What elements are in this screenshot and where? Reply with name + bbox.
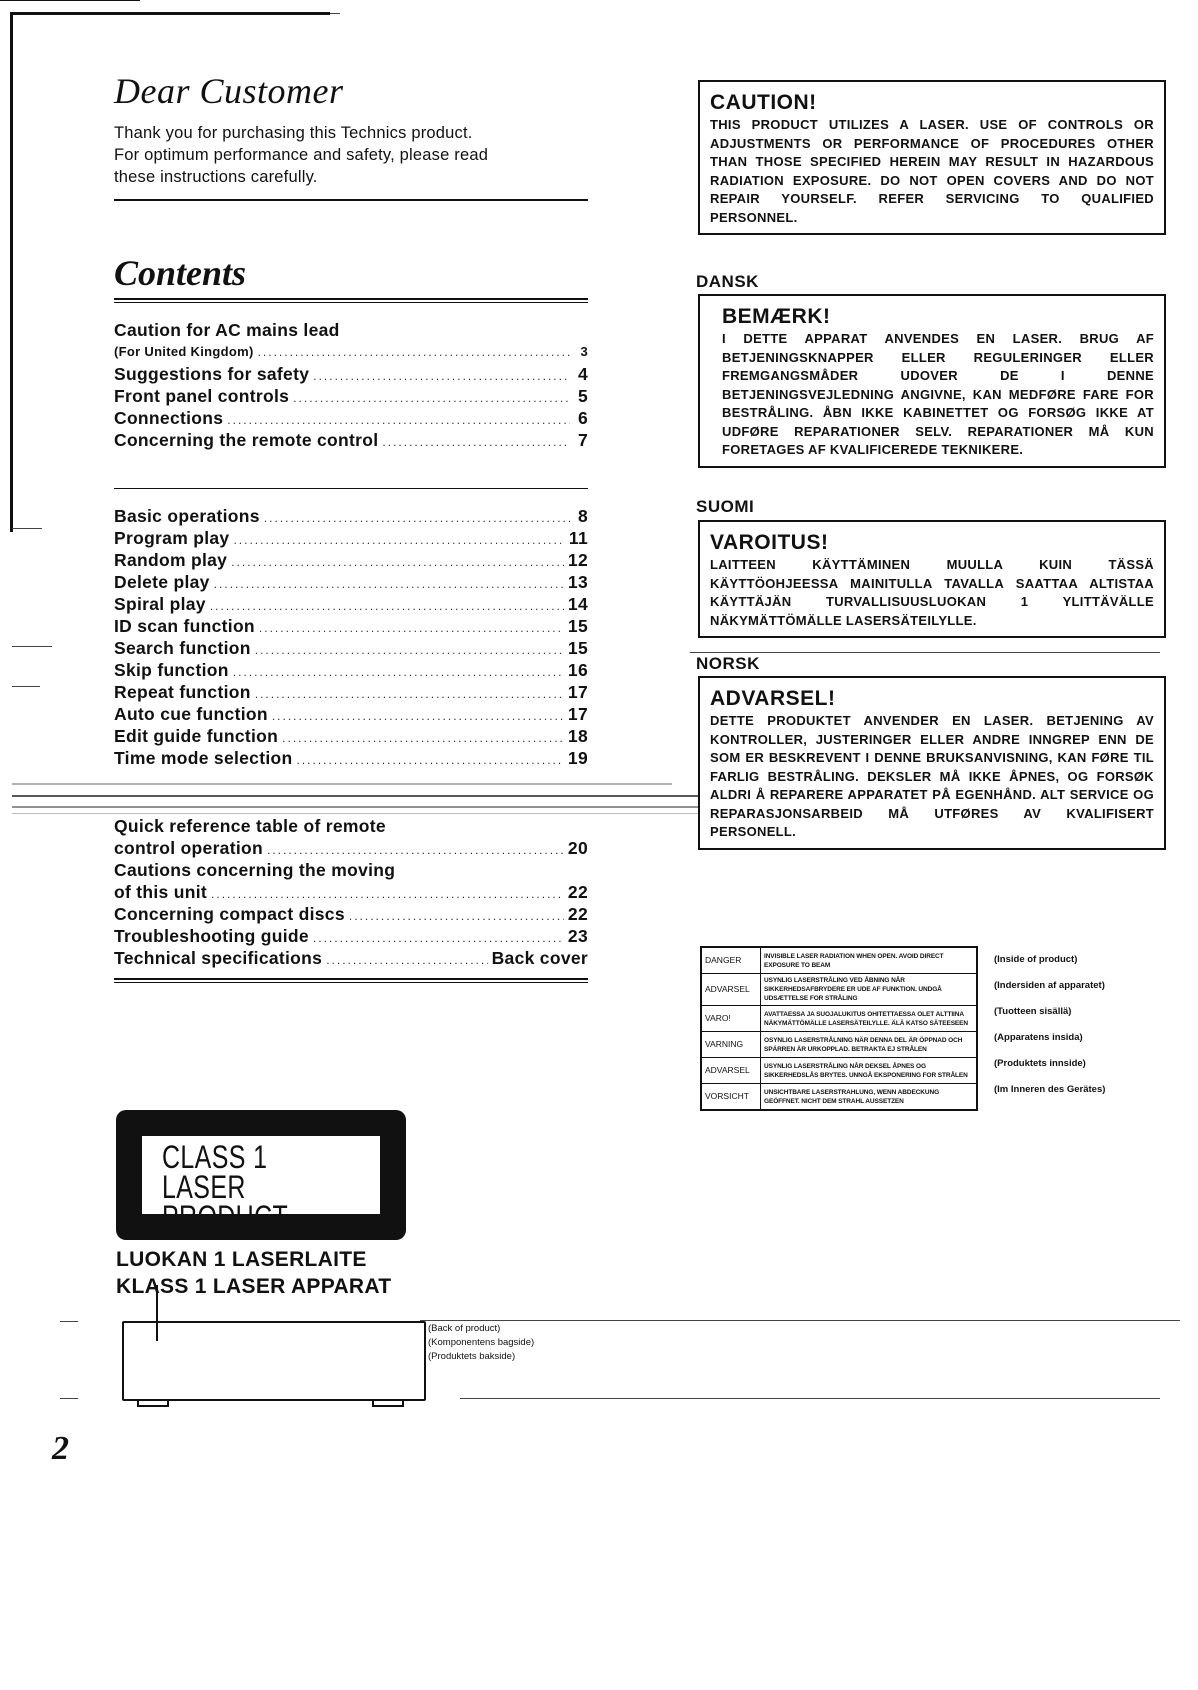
dansk-warning-box: BEMÆRK! I DETTE APPARAT ANVENDES EN LASE… xyxy=(698,294,1166,468)
toc-leader-dots xyxy=(313,365,570,387)
toc-leader-dots xyxy=(231,551,564,573)
scan-artefact xyxy=(460,1398,1160,1399)
toc-entry[interactable]: Basic operations8 xyxy=(114,505,588,527)
scan-dash xyxy=(330,13,340,14)
label-row: VORSICHTUNSICHTBARE LASERSTRAHLUNG, WENN… xyxy=(701,1084,977,1111)
intro-line: these instructions carefully. xyxy=(114,166,594,188)
scan-edge-line xyxy=(0,0,140,1)
toc-entry-label: Repeat function xyxy=(114,681,251,703)
language-label-dansk: DANSK xyxy=(696,272,759,292)
toc-entry-page: 8 xyxy=(574,505,588,527)
toc-entry-page: 22 xyxy=(568,903,588,925)
scan-artefact xyxy=(12,813,712,814)
toc-entry[interactable]: Suggestions for safety4 xyxy=(114,363,588,385)
toc-entry-label: Edit guide function xyxy=(114,725,278,747)
product-foot-left xyxy=(137,1399,169,1407)
toc-entry-page: 7 xyxy=(574,429,588,451)
toc-entry[interactable]: Auto cue function17 xyxy=(114,703,588,725)
intro-line: For optimum performance and safety, plea… xyxy=(114,144,594,166)
toc-leader-dots xyxy=(297,749,564,771)
toc-entry-label: control operation xyxy=(114,837,263,859)
caution-body: THIS PRODUCT UTILIZES A LASER. USE OF CO… xyxy=(710,116,1154,227)
language-label-suomi: SUOMI xyxy=(696,497,754,517)
toc-entry[interactable]: Concerning compact discs22 xyxy=(114,903,588,925)
toc-leader-dots xyxy=(255,639,564,661)
toc-entry-page: 19 xyxy=(568,747,588,769)
toc-leader-dots xyxy=(264,507,570,529)
toc-entry-page: 23 xyxy=(568,925,588,947)
label-pointer-line xyxy=(156,1285,158,1341)
divider xyxy=(114,488,588,489)
toc-leader-dots xyxy=(214,573,564,595)
toc-leader-dots xyxy=(313,927,564,949)
toc-entry-label: Concerning the remote control xyxy=(114,429,378,451)
toc-entry[interactable]: ID scan function15 xyxy=(114,615,588,637)
product-back-outline xyxy=(122,1321,426,1401)
toc-entry[interactable]: Connections6 xyxy=(114,407,588,429)
inside-label-table: DANGERINVISIBLE LASER RADIATION WHEN OPE… xyxy=(700,946,978,1111)
toc-entry-page: 17 xyxy=(568,681,588,703)
suomi-warning-body: LAITTEEN KÄYTTÄMINEN MUULLA KUIN TÄSSÄ K… xyxy=(710,556,1154,630)
toc-leader-dots xyxy=(210,595,564,617)
toc-entry-page: 13 xyxy=(568,571,588,593)
toc-entry-page: 5 xyxy=(574,385,588,407)
suomi-warning-title: VAROITUS! xyxy=(710,530,1154,556)
dear-customer-title: Dear Customer xyxy=(114,70,344,112)
toc-leader-dots xyxy=(233,529,564,551)
label-warning-word: VARNING xyxy=(701,1032,761,1058)
page-number: 2 xyxy=(52,1430,69,1468)
toc-entry-page: 16 xyxy=(568,659,588,681)
toc-entry[interactable]: Search function15 xyxy=(114,637,588,659)
label-caption: (Apparatens insida) xyxy=(994,1032,1105,1058)
label-warning-text: AVATTAESSA JA SUOJALUKITUS OHITETTAESSA … xyxy=(761,1006,978,1032)
toc-entry[interactable]: Cautions concerning the moving xyxy=(114,859,588,881)
laser-badge-line1: CLASS 1 xyxy=(162,1142,332,1172)
dansk-warning-body: I DETTE APPARAT ANVENDES EN LASER. BRUG … xyxy=(722,330,1154,460)
caption-danish: (Komponentens bagside) xyxy=(428,1336,534,1350)
toc-entry-page: 22 xyxy=(568,881,588,903)
caption-norwegian: (Produktets bakside) xyxy=(428,1350,534,1364)
toc-group-2: Basic operations8Program play11Random pl… xyxy=(114,505,588,769)
norsk-warning-body: DETTE PRODUKTET ANVENDER EN LASER. BETJE… xyxy=(710,712,1154,842)
toc-leader-dots xyxy=(233,661,564,683)
toc-group-1: Caution for AC mains lead(For United Kin… xyxy=(114,319,588,451)
divider xyxy=(114,199,588,201)
toc-entry-label: Front panel controls xyxy=(114,385,289,407)
label-row: VARNINGOSYNLIG LASERSTRÅLNING NÄR DENNA … xyxy=(701,1032,977,1058)
caption-english: (Back of product) xyxy=(428,1322,534,1336)
toc-leader-dots xyxy=(293,387,570,409)
toc-leader-dots xyxy=(272,705,564,727)
toc-entry[interactable]: Time mode selection19 xyxy=(114,747,588,769)
suomi-warning-box: VAROITUS! LAITTEEN KÄYTTÄMINEN MUULLA KU… xyxy=(698,520,1166,638)
label-row: ADVARSELUSYNLIG LASERSTRÅLING NÅR DEKSEL… xyxy=(701,1058,977,1084)
label-warning-word: ADVARSEL xyxy=(701,974,761,1006)
toc-entry-page: Back cover xyxy=(492,947,588,969)
toc-entry[interactable]: of this unit22 xyxy=(114,881,588,903)
toc-entry[interactable]: Delete play13 xyxy=(114,571,588,593)
toc-entry-page: 12 xyxy=(568,549,588,571)
toc-entry-label: Auto cue function xyxy=(114,703,268,725)
toc-entry-page: 6 xyxy=(574,407,588,429)
contents-title: Contents xyxy=(114,252,246,294)
label-warning-word: DANGER xyxy=(701,947,761,974)
inside-label-captions: (Inside of product)(Indersiden af appara… xyxy=(994,954,1105,1110)
scan-frame-top xyxy=(10,12,330,15)
toc-leader-dots xyxy=(349,905,564,927)
label-warning-word: VARO! xyxy=(701,1006,761,1032)
intro-line: Thank you for purchasing this Technics p… xyxy=(114,122,594,144)
toc-entry-label: Random play xyxy=(114,549,227,571)
toc-entry-label: Skip function xyxy=(114,659,229,681)
contents-double-rule xyxy=(114,298,588,303)
scan-artefact xyxy=(60,1321,78,1322)
caution-title: CAUTION! xyxy=(710,90,1154,116)
toc-entry-label: Program play xyxy=(114,527,229,549)
label-row: ADVARSELUSYNLIG LASERSTRÅLING VED ÅBNING… xyxy=(701,974,977,1006)
laser-class-finnish: LUOKAN 1 LASERLAITE xyxy=(116,1246,391,1273)
toc-entry[interactable]: Troubleshooting guide23 xyxy=(114,925,588,947)
label-warning-text: USYNLIG LASERSTRÅLING NÅR DEKSEL ÅPNES O… xyxy=(761,1058,978,1084)
toc-entry[interactable]: control operation20 xyxy=(114,837,588,859)
scan-frame-left xyxy=(10,12,13,532)
toc-entry-label: ID scan function xyxy=(114,615,255,637)
toc-entry-label: (For United Kingdom) xyxy=(114,341,254,363)
toc-entry[interactable]: Edit guide function18 xyxy=(114,725,588,747)
label-warning-word: ADVARSEL xyxy=(701,1058,761,1084)
toc-entry-label: Cautions concerning the moving xyxy=(114,859,395,881)
toc-entry-label: Basic operations xyxy=(114,505,260,527)
toc-entry-label: of this unit xyxy=(114,881,207,903)
label-warning-text: INVISIBLE LASER RADIATION WHEN OPEN. AVO… xyxy=(761,947,978,974)
toc-entry-page: 15 xyxy=(568,615,588,637)
product-foot-right xyxy=(372,1399,404,1407)
toc-entry-label: Search function xyxy=(114,637,251,659)
label-warning-text: OSYNLIG LASERSTRÅLNING NÄR DENNA DEL ÄR … xyxy=(761,1032,978,1058)
scan-artefact xyxy=(60,1398,78,1399)
scan-artefact xyxy=(420,1320,1180,1321)
toc-leader-dots xyxy=(259,617,564,639)
toc-entry[interactable]: Program play11 xyxy=(114,527,588,549)
toc-entry[interactable]: Skip function16 xyxy=(114,659,588,681)
label-caption: (Indersiden af apparatet) xyxy=(994,980,1105,1006)
toc-leader-dots xyxy=(382,431,570,453)
toc-entry-page: 3 xyxy=(574,341,588,363)
laser-badge-text: CLASS 1 LASER PRODUCT xyxy=(162,1142,332,1232)
scan-artefact xyxy=(12,686,40,687)
toc-entry[interactable]: (For United Kingdom)3 xyxy=(114,341,588,363)
toc-entry-label: Concerning compact discs xyxy=(114,903,345,925)
toc-entry-label: Suggestions for safety xyxy=(114,363,309,385)
toc-entry-page: 11 xyxy=(569,527,588,549)
label-caption: (Inside of product) xyxy=(994,954,1105,980)
label-warning-text: USYNLIG LASERSTRÅLING VED ÅBNING NÅR SIK… xyxy=(761,974,978,1006)
class1-laser-badge: CLASS 1 LASER PRODUCT xyxy=(116,1110,406,1240)
toc-entry-label: Quick reference table of remote xyxy=(114,815,386,837)
label-warning-word: VORSICHT xyxy=(701,1084,761,1111)
toc-entry-page: 20 xyxy=(568,837,588,859)
toc-entry-label: Spiral play xyxy=(114,593,206,615)
label-caption: (Tuotteen sisällä) xyxy=(994,1006,1105,1032)
toc-entry[interactable]: Spiral play14 xyxy=(114,593,588,615)
toc-entry-page: 18 xyxy=(568,725,588,747)
dansk-warning-title: BEMÆRK! xyxy=(722,304,1154,330)
toc-leader-dots xyxy=(258,341,570,363)
toc-entry-page: 15 xyxy=(568,637,588,659)
toc-entry[interactable]: Front panel controls5 xyxy=(114,385,588,407)
toc-entry-label: Caution for AC mains lead xyxy=(114,319,340,341)
label-row: DANGERINVISIBLE LASER RADIATION WHEN OPE… xyxy=(701,947,977,974)
toc-leader-dots xyxy=(282,727,564,749)
laser-badge-line2: LASER PRODUCT xyxy=(162,1172,332,1232)
toc-entry-label: Time mode selection xyxy=(114,747,293,769)
label-warning-text: UNSICHTBARE LASERSTRAHLUNG, WENN ABDECKU… xyxy=(761,1084,978,1111)
toc-leader-dots xyxy=(255,683,564,705)
toc-leader-dots xyxy=(326,949,487,971)
toc-group-3: Quick reference table of remotecontrol o… xyxy=(114,815,588,969)
back-of-product-captions: (Back of product) (Komponentens bagside)… xyxy=(428,1322,534,1364)
scan-artefact xyxy=(690,652,1160,653)
toc-entry[interactable]: Quick reference table of remote xyxy=(114,815,588,837)
toc-entry-page: 14 xyxy=(568,593,588,615)
norsk-warning-title: ADVARSEL! xyxy=(710,686,1154,712)
scan-artefact xyxy=(12,528,42,529)
norsk-warning-box: ADVARSEL! DETTE PRODUKTET ANVENDER EN LA… xyxy=(698,676,1166,850)
toc-entry-label: Technical specifications xyxy=(114,947,322,969)
toc-entry-page: 17 xyxy=(568,703,588,725)
toc-leader-dots xyxy=(211,883,564,905)
toc-entry[interactable]: Repeat function17 xyxy=(114,681,588,703)
language-label-norsk: NORSK xyxy=(696,654,760,674)
scan-artefact xyxy=(12,783,672,785)
toc-leader-dots xyxy=(227,409,570,431)
label-row: VARO!AVATTAESSA JA SUOJALUKITUS OHITETTA… xyxy=(701,1006,977,1032)
toc-entry[interactable]: Technical specificationsBack cover xyxy=(114,947,588,969)
caution-box: CAUTION! THIS PRODUCT UTILIZES A LASER. … xyxy=(698,80,1166,235)
toc-entry-label: Troubleshooting guide xyxy=(114,925,309,947)
toc-entry[interactable]: Random play12 xyxy=(114,549,588,571)
toc-entry-label: Connections xyxy=(114,407,223,429)
toc-leader-dots xyxy=(267,839,564,861)
toc-entry[interactable]: Concerning the remote control7 xyxy=(114,429,588,451)
dear-customer-body: Thank you for purchasing this Technics p… xyxy=(114,122,594,188)
toc-entry-page: 4 xyxy=(574,363,588,385)
toc-entry[interactable]: Caution for AC mains lead xyxy=(114,319,588,341)
label-caption: (Produktets innside) xyxy=(994,1058,1105,1084)
toc-entry-label: Delete play xyxy=(114,571,210,593)
contents-bottom-rule xyxy=(114,978,588,983)
label-caption: (Im Inneren des Gerätes) xyxy=(994,1084,1105,1110)
scan-artefact xyxy=(12,646,52,647)
